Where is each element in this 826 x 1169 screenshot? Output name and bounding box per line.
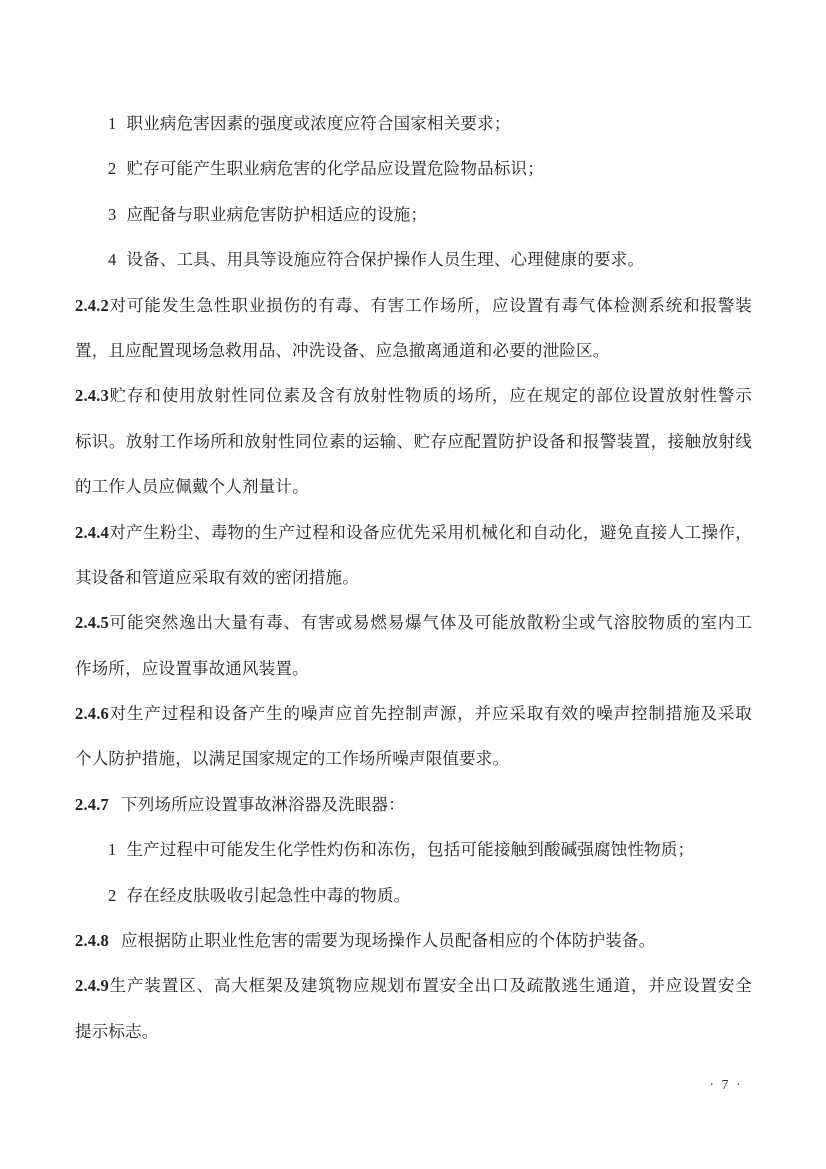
- clause-line: 2.4.6对生产过程和设备产生的噪声应首先控制声源，并应采取有效的噪声控制措施及…: [75, 691, 752, 736]
- item-number: 2: [108, 873, 116, 918]
- document-page: 1职业病危害因素的强度或浓度应符合国家相关要求； 2贮存可能产生职业病危害的化学…: [0, 0, 826, 1169]
- list-item: 1生产过程中可能发生化学性灼伤和冻伤，包括可能接触到酸碱强腐蚀性物质；: [75, 827, 752, 872]
- clause-text: 提示标志。: [75, 1022, 159, 1041]
- clause-line: 2.4.2对可能发生急性职业损伤的有毒、有害工作场所，应设置有毒气体检测系统和报…: [75, 283, 752, 328]
- clause-number: 2.4.6: [75, 691, 109, 736]
- clause-text: 对可能发生急性职业损伤的有毒、有害工作场所，应设置有毒气体检测系统和报警装: [109, 296, 752, 315]
- clause-number: 2.4.5: [75, 600, 109, 645]
- clause-text: 生产装置区、高大框架及建筑物应规划布置安全出口及疏散逃生通道，并应设置安全: [109, 976, 752, 995]
- clause-line: 2.4.7下列场所应设置事故淋浴器及洗眼器：: [75, 782, 752, 827]
- clause-continuation: 的工作人员应佩戴个人剂量计。: [75, 464, 752, 509]
- item-number: 2: [108, 146, 116, 191]
- clause-text: 其设备和管道应采取有效的密闭措施。: [75, 568, 359, 587]
- clause-text: 下列场所应设置事故淋浴器及洗眼器：: [121, 795, 405, 814]
- list-item: 2贮存可能产生职业病危害的化学品应设置危险物品标识；: [75, 146, 752, 191]
- clause-line: 2.4.4对产生粉尘、毒物的生产过程和设备应优先采用机械化和自动化，避免直接人工…: [75, 510, 752, 555]
- item-number: 4: [108, 237, 116, 282]
- list-item: 3应配备与职业病危害防护相适应的设施；: [75, 192, 752, 237]
- clause-text: 置，且应配置现场急救用品、冲洗设备、应急撤离通道和必要的泄险区。: [75, 341, 609, 360]
- page-number: · 7 ·: [690, 1076, 762, 1096]
- list-item: 1职业病危害因素的强度或浓度应符合国家相关要求；: [75, 101, 752, 146]
- clause-text: 贮存和使用放射性同位素及含有放射性物质的场所，应在规定的部位设置放射性警示: [109, 386, 752, 405]
- clause-number: 2.4.2: [75, 283, 109, 328]
- clause-number: 2.4.3: [75, 373, 109, 418]
- clause-number: 2.4.9: [75, 963, 109, 1008]
- clause-text: 应根据防止职业性危害的需要为现场操作人员配备相应的个体防护装备。: [121, 931, 655, 950]
- clause-line: 2.4.5可能突然逸出大量有毒、有害或易燃易爆气体及可能放散粉尘或气溶胶物质的室…: [75, 600, 752, 645]
- clause-line: 2.4.9生产装置区、高大框架及建筑物应规划布置安全出口及疏散逃生通道，并应设置…: [75, 963, 752, 1008]
- item-text: 生产过程中可能发生化学性灼伤和冻伤，包括可能接触到酸碱强腐蚀性物质；: [126, 840, 694, 859]
- item-number: 1: [108, 101, 116, 146]
- clause-continuation: 标识。放射工作场所和放射性同位素的运输、贮存应配置防护设备和报警装置，接触放射线: [75, 419, 752, 464]
- clause-continuation: 提示标志。: [75, 1009, 752, 1054]
- clause-text: 可能突然逸出大量有毒、有害或易燃易爆气体及可能放散粉尘或气溶胶物质的室内工: [109, 613, 752, 632]
- list-item: 4设备、工具、用具等设施应符合保护操作人员生理、心理健康的要求。: [75, 237, 752, 282]
- item-text: 存在经皮肤吸收引起急性中毒的物质。: [126, 886, 410, 905]
- clause-number: 2.4.4: [75, 510, 109, 555]
- item-text: 贮存可能产生职业病危害的化学品应设置危险物品标识；: [126, 159, 544, 178]
- clause-text: 标识。放射工作场所和放射性同位素的运输、贮存应配置防护设备和报警装置，接触放射线: [75, 432, 752, 451]
- item-text: 应配备与职业病危害防护相适应的设施；: [126, 205, 427, 224]
- item-text: 职业病危害因素的强度或浓度应符合国家相关要求；: [126, 114, 510, 133]
- clause-text: 对生产过程和设备产生的噪声应首先控制声源，并应采取有效的噪声控制措施及采取: [109, 704, 752, 723]
- clause-text: 的工作人员应佩戴个人剂量计。: [75, 477, 309, 496]
- clause-number: 2.4.8: [75, 918, 109, 963]
- clause-continuation: 作场所，应设置事故通风装置。: [75, 646, 752, 691]
- clause-text: 对产生粉尘、毒物的生产过程和设备应优先采用机械化和自动化，避免直接人工操作，: [109, 523, 752, 542]
- document-body: 1职业病危害因素的强度或浓度应符合国家相关要求； 2贮存可能产生职业病危害的化学…: [75, 101, 752, 1054]
- clause-continuation: 置，且应配置现场急救用品、冲洗设备、应急撤离通道和必要的泄险区。: [75, 328, 752, 373]
- clause-line: 2.4.3贮存和使用放射性同位素及含有放射性物质的场所，应在规定的部位设置放射性…: [75, 373, 752, 418]
- item-number: 1: [108, 827, 116, 872]
- item-number: 3: [108, 192, 116, 237]
- clause-continuation: 其设备和管道应采取有效的密闭措施。: [75, 555, 752, 600]
- list-item: 2存在经皮肤吸收引起急性中毒的物质。: [75, 873, 752, 918]
- clause-text: 作场所，应设置事故通风装置。: [75, 659, 309, 678]
- clause-number: 2.4.7: [75, 782, 109, 827]
- clause-continuation: 个人防护措施，以满足国家规定的工作场所噪声限值要求。: [75, 736, 752, 781]
- clause-text: 个人防护措施，以满足国家规定的工作场所噪声限值要求。: [75, 749, 509, 768]
- item-text: 设备、工具、用具等设施应符合保护操作人员生理、心理健康的要求。: [126, 250, 644, 269]
- clause-line: 2.4.8应根据防止职业性危害的需要为现场操作人员配备相应的个体防护装备。: [75, 918, 752, 963]
